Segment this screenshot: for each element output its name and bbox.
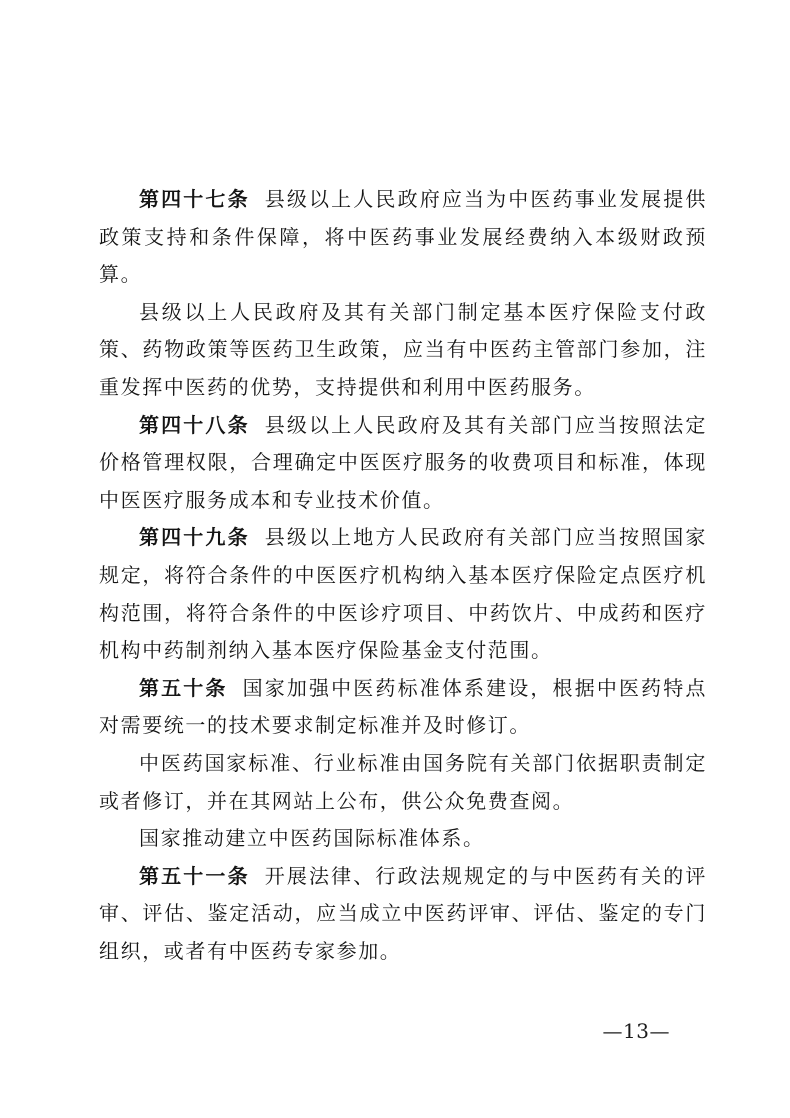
law-article-paragraph: 县级以上人民政府及其有关部门制定基本医疗保险支付政策、药物政策等医药卫生政策，应…: [99, 294, 707, 407]
article-number: 第四十七条: [139, 187, 250, 211]
law-article-paragraph: 第五十条国家加强中医药标准体系建设，根据中医药特点对需要统一的技术要求制定标准并…: [99, 670, 707, 745]
law-article-paragraph: 第四十七条县级以上人民政府应当为中医药事业发展提供政策支持和条件保障，将中医药事…: [99, 181, 707, 294]
law-article-paragraph: 中医药国家标准、行业标准由国务院有关部门依据职责制定或者修订，并在其网站上公布，…: [99, 745, 707, 820]
paragraph-text: 中医药国家标准、行业标准由国务院有关部门依据职责制定或者修订，并在其网站上公布，…: [99, 751, 707, 813]
law-article-paragraph: 国家推动建立中医药国际标准体系。: [99, 820, 707, 858]
article-number: 第五十条: [139, 676, 228, 700]
document-page: 第四十七条县级以上人民政府应当为中医药事业发展提供政策支持和条件保障，将中医药事…: [0, 0, 790, 1118]
law-article-paragraph: 第四十八条县级以上人民政府及其有关部门应当按照法定价格管理权限，合理确定中医医疗…: [99, 407, 707, 520]
article-number: 第四十八条: [139, 413, 250, 437]
page-number: —13—: [603, 1019, 670, 1043]
law-article-paragraph: 第五十一条开展法律、行政法规规定的与中医药有关的评审、评估、鉴定活动，应当成立中…: [99, 858, 707, 971]
article-number: 第五十一条: [139, 864, 250, 888]
paragraph-text: 国家推动建立中医药国际标准体系。: [139, 826, 485, 850]
law-article-paragraph: 第四十九条县级以上地方人民政府有关部门应当按照国家规定，将符合条件的中医医疗机构…: [99, 519, 707, 669]
paragraph-text: 县级以上人民政府及其有关部门制定基本医疗保险支付政策、药物政策等医药卫生政策，应…: [99, 300, 707, 399]
document-body: 第四十七条县级以上人民政府应当为中医药事业发展提供政策支持和条件保障，将中医药事…: [99, 181, 707, 970]
article-number: 第四十九条: [139, 525, 250, 549]
